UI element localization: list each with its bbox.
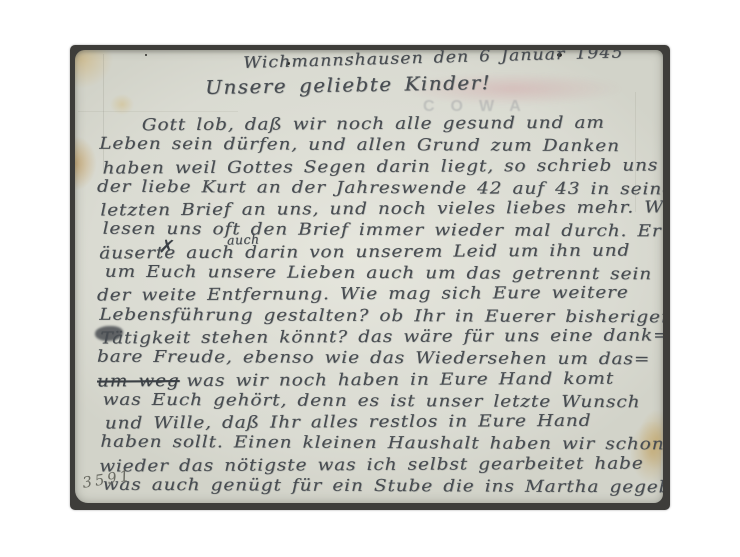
handwritten-line: haben weil Gottes Segen darin liegt, so … xyxy=(97,154,648,178)
struck-words: um weg xyxy=(97,371,180,390)
paper-crease xyxy=(78,111,238,112)
handwritten-line: bare Freude, ebenso wie das Wiedersehen … xyxy=(97,346,648,370)
ink-speck xyxy=(145,54,147,56)
handwritten-line: was Euch gehört, denn es ist unser letzt… xyxy=(97,389,648,413)
handwritten-line-rest: was wir noch haben in Eure Hand komt xyxy=(186,368,614,389)
handwritten-line: was auch genügt für ein Stube die ins Ma… xyxy=(97,474,648,498)
handwritten-line: Leben sein dürfen, und allen Grund zum D… xyxy=(97,133,648,157)
handwritten-line: der weite Entfernung. Wie mag sich Eure … xyxy=(97,282,648,306)
handwritten-line: wieder das nötigste was ich selbst gearb… xyxy=(97,452,648,476)
photo-mat: COWA Wichmannshausen den 6 Januar 1945 U… xyxy=(70,45,670,510)
handwritten-letter: COWA Wichmannshausen den 6 Januar 1945 U… xyxy=(75,50,663,503)
handwritten-line: äuserte auch darin von unserem Leid um i… xyxy=(97,239,648,263)
letter-place-date: Wichmannshausen den 6 Januar 1945 xyxy=(243,50,663,72)
handwritten-line: um wegwas wir noch haben in Eure Hand ko… xyxy=(97,367,648,391)
handwritten-line: lesen uns oft den Brief immer wieder mal… xyxy=(97,218,648,242)
handwritten-line: haben sollt. Einen kleinen Haushalt habe… xyxy=(97,431,648,455)
handwritten-line: Lebensführung gestalten? ob Ihr in Euere… xyxy=(97,303,648,327)
letter-body: Gott lob, daß wir noch alle gesund und a… xyxy=(97,113,648,496)
handwritten-line: der liebe Kurt an der Jahreswende 42 auf… xyxy=(97,176,648,200)
